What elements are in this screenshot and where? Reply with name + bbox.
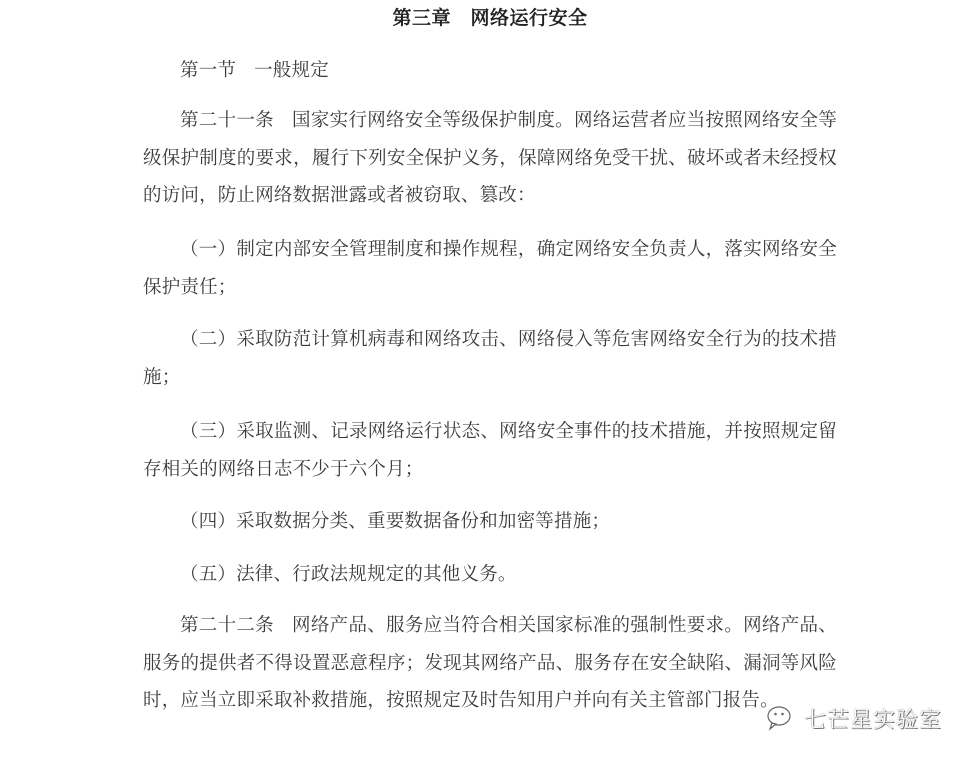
article-22: 第二十二条网络产品、服务应当符合相关国家标准的强制性要求。网络产品、服务的提供者…: [143, 607, 837, 720]
item-label: （三）: [180, 421, 236, 442]
item-label: （二）: [180, 329, 236, 350]
list-item: （五）法律、行政法规规定的其他义务。: [143, 556, 837, 594]
item-text: 制定内部安全管理制度和操作规程，确定网络安全负责人，落实网络安全保护责任；: [143, 239, 837, 298]
item-text: 采取数据分类、重要数据备份和加密等措施；: [236, 511, 610, 532]
item-label: （五）: [180, 564, 236, 585]
article-21-label: 第二十一条: [180, 110, 274, 131]
section-title: 第一节一般规定: [143, 52, 837, 90]
chapter-title: 第三章 网络运行安全: [143, 5, 837, 31]
section-name: 一般规定: [254, 60, 329, 81]
item-label: （一）: [180, 239, 236, 260]
wechat-icon: [766, 704, 796, 732]
article-22-label: 第二十二条: [180, 615, 274, 636]
section-label: 第一节: [180, 60, 236, 81]
list-item: （二）采取防范计算机病毒和网络攻击、网络侵入等危害网络安全行为的技术措施；: [143, 321, 837, 396]
list-item: （一）制定内部安全管理制度和操作规程，确定网络安全负责人，落实网络安全保护责任；: [143, 231, 837, 306]
item-text: 采取防范计算机病毒和网络攻击、网络侵入等危害网络安全行为的技术措施；: [143, 329, 837, 388]
item-text: 法律、行政法规规定的其他义务。: [236, 564, 517, 585]
list-item: （三）采取监测、记录网络运行状态、网络安全事件的技术措施，并按照规定留存相关的网…: [143, 413, 837, 488]
watermark-text: 七芒星实验室: [804, 703, 942, 734]
watermark: 七芒星实验室: [766, 698, 942, 738]
article-21: 第二十一条国家实行网络安全等级保护制度。网络运营者应当按照网络安全等级保护制度的…: [143, 102, 837, 215]
list-item: （四）采取数据分类、重要数据备份和加密等措施；: [143, 503, 837, 541]
item-label: （四）: [180, 511, 236, 532]
item-text: 采取监测、记录网络运行状态、网络安全事件的技术措施，并按照规定留存相关的网络日志…: [143, 421, 837, 480]
